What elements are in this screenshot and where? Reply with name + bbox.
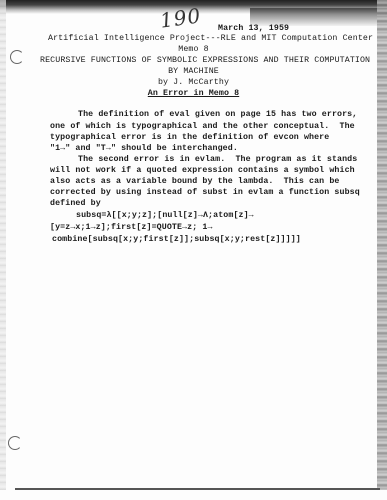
paragraph-1-line-4: "1→" and "T→" should be interchanged. xyxy=(50,144,238,153)
paragraph-2-line-4: corrected by using instead of subst in e… xyxy=(50,188,360,197)
formula-line-3: combine[subsq[x;y;first[z]];subsq[x;y;re… xyxy=(52,235,301,244)
scanned-page: 190 March 13, 1959 Artificial Intelligen… xyxy=(0,0,387,500)
author: by J. McCarthy xyxy=(0,78,387,87)
memo-date: March 13, 1959 xyxy=(218,24,289,33)
paragraph-2-line-1: The second error is in evlam. The progra… xyxy=(78,155,357,164)
title-line-2: BY MACHINE xyxy=(0,67,387,76)
formula-line-2: [y=z→x;1→z];first[z]=QUOTE→z; 1→ xyxy=(50,223,213,232)
paragraph-2-line-3: also acts as a variable bound by the lam… xyxy=(50,177,340,186)
paragraph-2-line-2: will not work if a quoted expression con… xyxy=(50,166,355,175)
paragraph-1-line-2: one of which is typographical and the ot… xyxy=(50,122,355,131)
project-header: Artificial Intelligence Project---RLE an… xyxy=(48,34,373,43)
paragraph-2-line-5: defined by xyxy=(50,199,101,208)
formula-line-1: subsq=λ[[x;y;z];[null[z]→Λ;atom[z]→ xyxy=(76,211,254,220)
scan-bottom-edge xyxy=(15,488,380,490)
paragraph-1-line-1: The definition of eval given on page 15 … xyxy=(78,110,357,119)
punch-hole-bottom xyxy=(8,436,22,450)
memo-number: Memo 8 xyxy=(0,45,387,54)
subtitle: An Error in Memo 8 xyxy=(0,89,387,98)
title-line-1: RECURSIVE FUNCTIONS OF SYMBOLIC EXPRESSI… xyxy=(40,56,370,65)
handwritten-page-number: 190 xyxy=(159,3,203,32)
paragraph-1-line-3: typographical error is in the definition… xyxy=(50,133,329,142)
